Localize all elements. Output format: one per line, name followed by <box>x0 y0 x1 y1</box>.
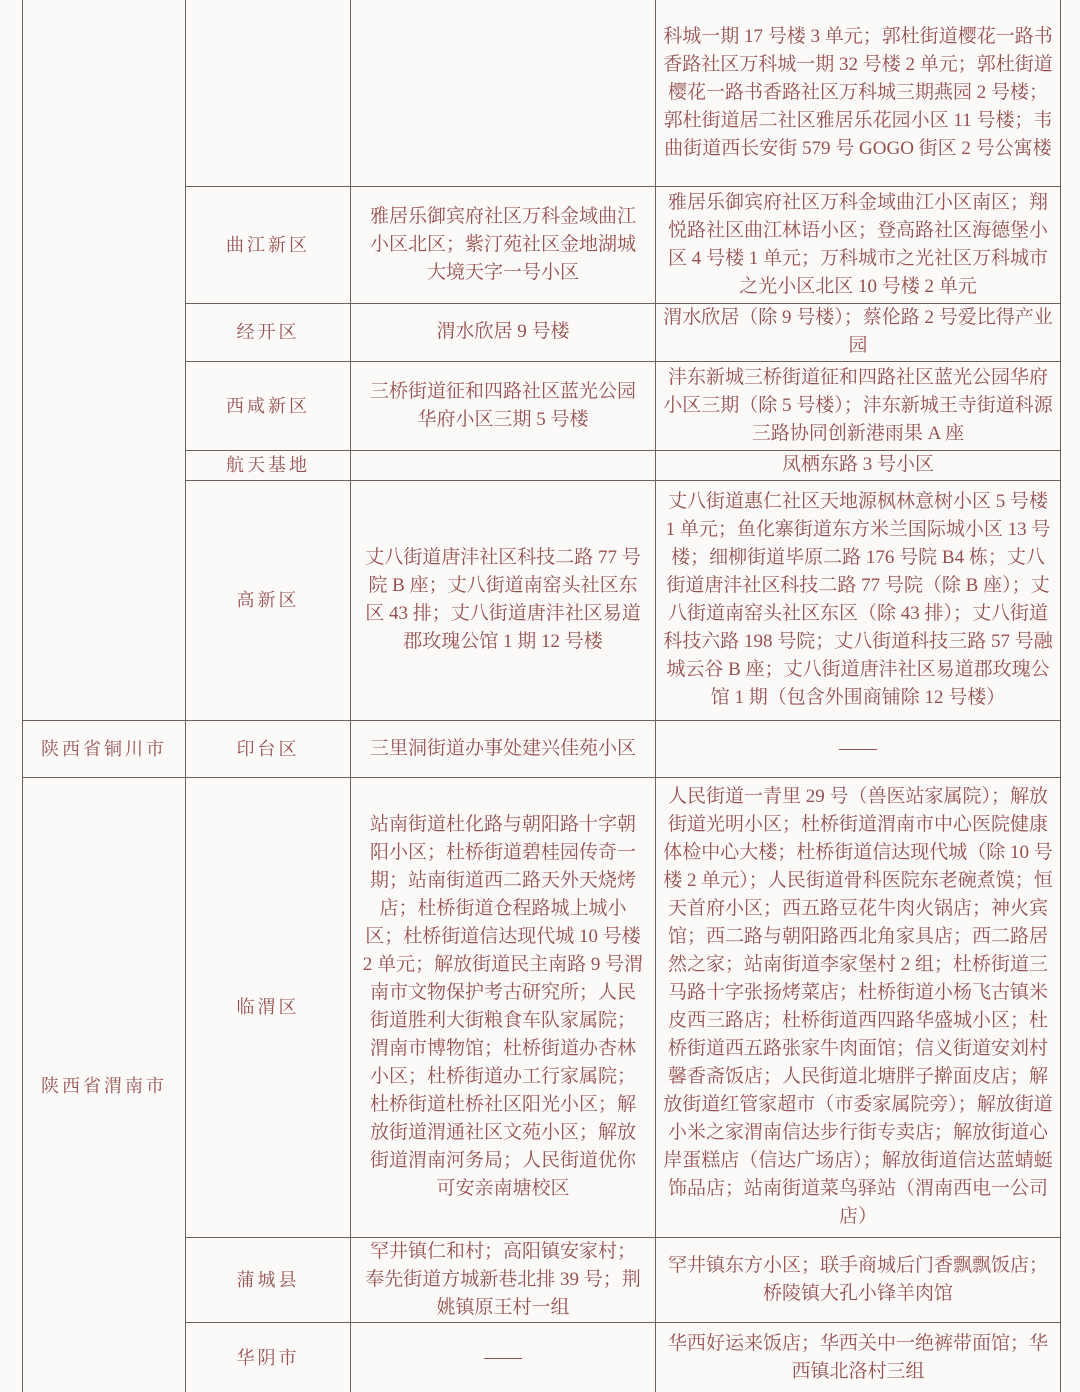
city-cell: 陕西省铜川市 <box>23 720 186 777</box>
right-areas-cell: 沣东新城三桥街道征和四路社区蓝光公园华府小区三期（除 5 号楼）；沣东新城王寺街… <box>656 361 1061 450</box>
district-cell: 印台区 <box>186 720 351 777</box>
right-areas-cell: 渭水欣居（除 9 号楼）；蔡伦路 2 号爱比得产业园 <box>656 303 1061 361</box>
table-row: 陕西省渭南市 临渭区 站南街道杜化路与朝阳路十字朝阳小区；杜桥街道碧桂园传奇一期… <box>23 777 1061 1237</box>
risk-area-table: 科城一期 17 号楼 3 单元；郭杜街道樱花一路书香路社区万科城一期 32 号楼… <box>22 0 1061 1392</box>
right-areas-cell: 人民街道一青里 29 号（兽医站家属院）；解放街道光明小区；杜桥街道渭南市中心医… <box>656 777 1061 1237</box>
district-cell: 航天基地 <box>186 450 351 480</box>
mid-areas-cell: 雅居乐御宾府社区万科金域曲江小区北区；紫汀苑社区金地湖城大境天字一号小区 <box>351 186 656 303</box>
right-areas-cell: 丈八街道惠仁社区天地源枫林意树小区 5 号楼 1 单元；鱼化寨街道东方米兰国际城… <box>656 480 1061 720</box>
mid-areas-cell: 渭水欣居 9 号楼 <box>351 303 656 361</box>
mid-areas-cell: 站南街道杜化路与朝阳路十字朝阳小区；杜桥街道碧桂园传奇一期；站南街道西二路天外天… <box>351 777 656 1237</box>
table-row: 陕西省铜川市 印台区 三里洞街道办事处建兴佳苑小区 —— <box>23 720 1061 777</box>
district-cell: 曲江新区 <box>186 186 351 303</box>
mid-areas-cell: —— <box>351 1322 656 1392</box>
district-cell <box>186 0 351 186</box>
mid-areas-cell: 丈八街道唐沣社区科技二路 77 号院 B 座；丈八街道南窑头社区东区 43 排；… <box>351 480 656 720</box>
district-cell: 经开区 <box>186 303 351 361</box>
district-cell: 蒲城县 <box>186 1237 351 1322</box>
mid-areas-cell: 三里洞街道办事处建兴佳苑小区 <box>351 720 656 777</box>
table-row: 科城一期 17 号楼 3 单元；郭杜街道樱花一路书香路社区万科城一期 32 号楼… <box>23 0 1061 186</box>
right-areas-cell: 华西好运来饭店；华西关中一绝裤带面馆；华西镇北洛村三组 <box>656 1322 1061 1392</box>
right-areas-cell: 雅居乐御宾府社区万科金域曲江小区南区；翔悦路社区曲江林语小区；登高路社区海德堡小… <box>656 186 1061 303</box>
right-areas-cell: 凤栖东路 3 号小区 <box>656 450 1061 480</box>
right-areas-cell: 科城一期 17 号楼 3 单元；郭杜街道樱花一路书香路社区万科城一期 32 号楼… <box>656 0 1061 186</box>
right-areas-cell: 罕井镇东方小区；联手商城后门香飘飘饭店；桥陵镇大孔小锋羊肉馆 <box>656 1237 1061 1322</box>
mid-areas-cell <box>351 0 656 186</box>
mid-areas-cell <box>351 450 656 480</box>
right-areas-cell: —— <box>656 720 1061 777</box>
district-cell: 高新区 <box>186 480 351 720</box>
city-cell: 陕西省渭南市 <box>23 777 186 1392</box>
district-cell: 华阴市 <box>186 1322 351 1392</box>
city-cell <box>23 0 186 720</box>
mid-areas-cell: 三桥街道征和四路社区蓝光公园华府小区三期 5 号楼 <box>351 361 656 450</box>
district-cell: 西咸新区 <box>186 361 351 450</box>
mid-areas-cell: 罕井镇仁和村；高阳镇安家村；奉先街道方城新巷北排 39 号；荆姚镇原王村一组 <box>351 1237 656 1322</box>
district-cell: 临渭区 <box>186 777 351 1237</box>
